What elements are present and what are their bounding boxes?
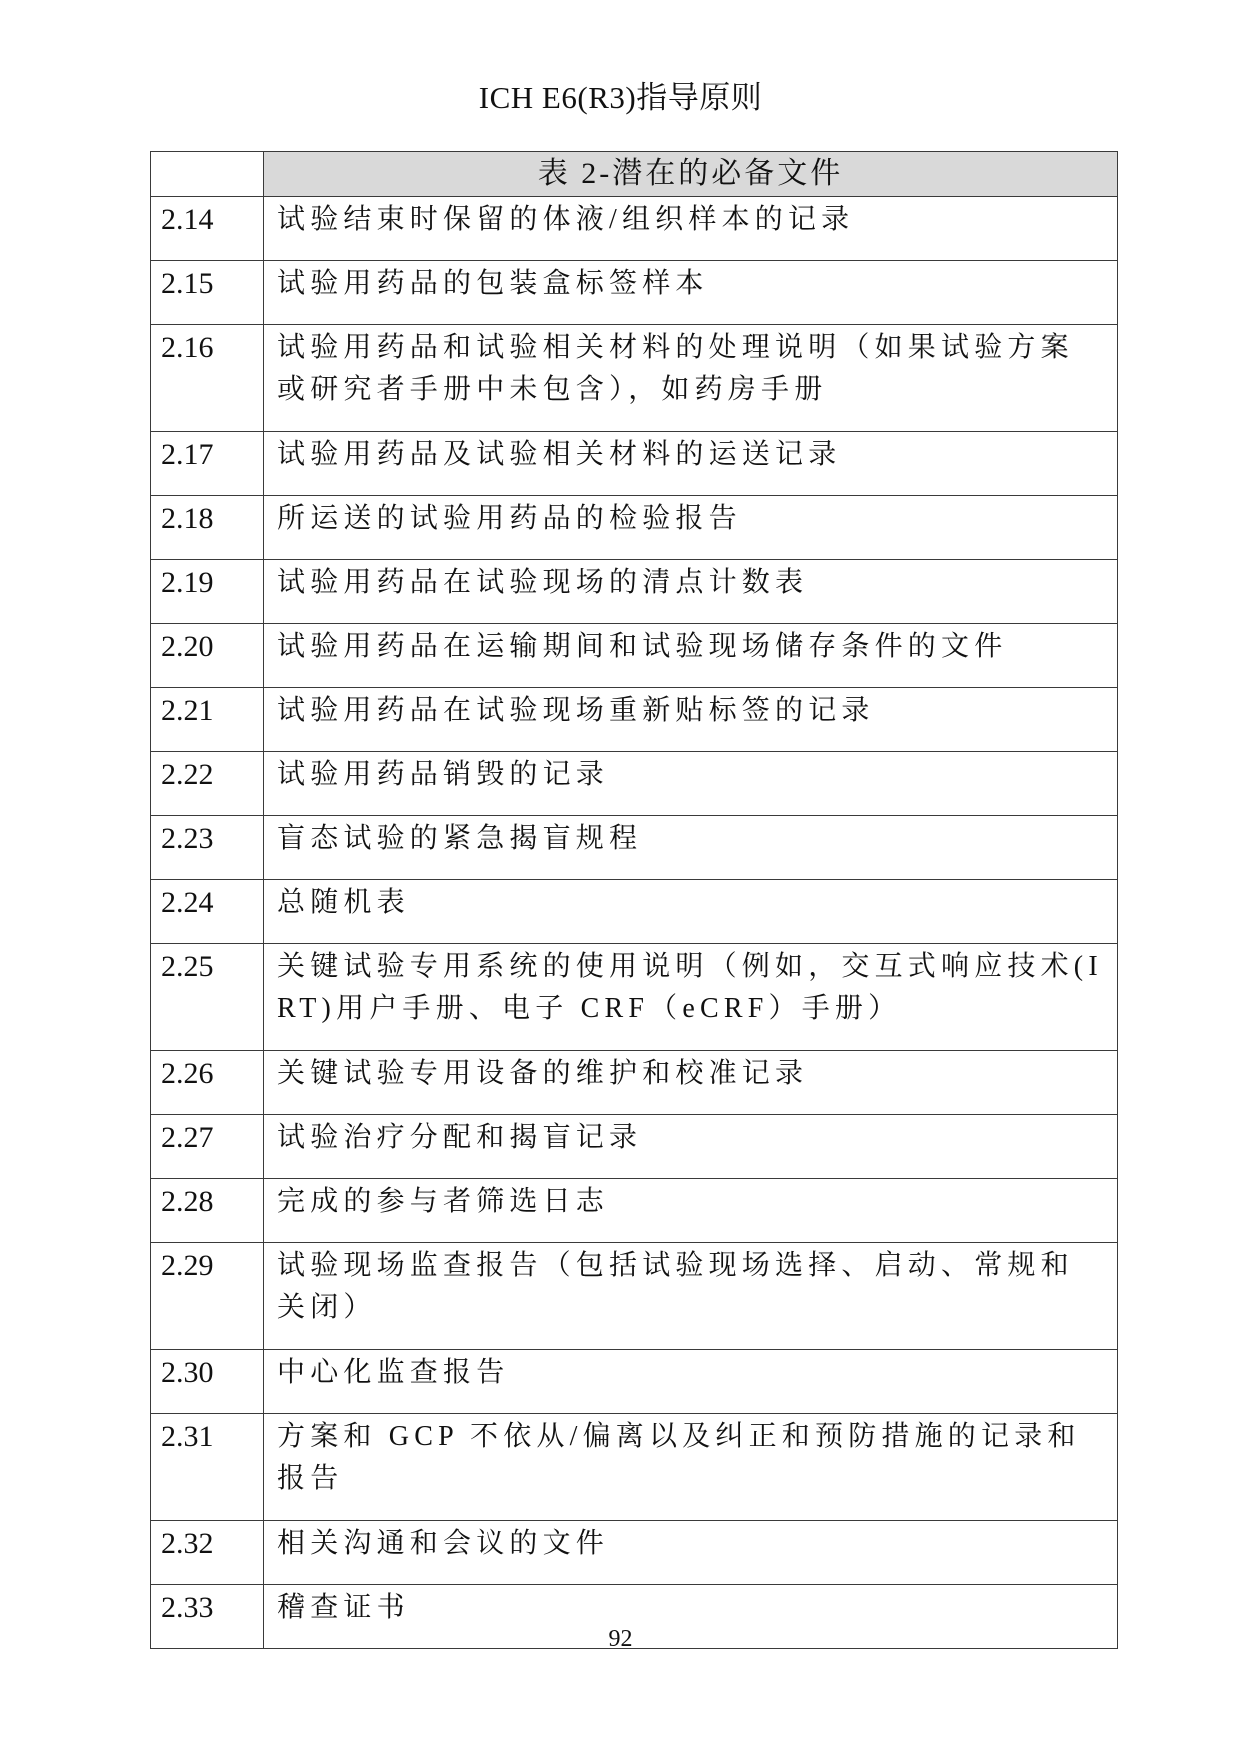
table-row: 2.25关键试验专用系统的使用说明（例如，交互式响应技术(IRT)用户手册、电子… bbox=[151, 944, 1118, 1051]
table-row: 2.26关键试验专用设备的维护和校准记录 bbox=[151, 1051, 1118, 1115]
table-row: 2.16试验用药品和试验相关材料的处理说明（如果试验方案或研究者手册中未包含），… bbox=[151, 325, 1118, 432]
table-row: 2.17试验用药品及试验相关材料的运送记录 bbox=[151, 432, 1118, 496]
row-text: 试验结束时保留的体液/组织样本的记录 bbox=[264, 197, 1118, 261]
table-row: 2.31方案和 GCP 不依从/偏离以及纠正和预防措施的记录和报告 bbox=[151, 1414, 1118, 1521]
row-text: 试验用药品及试验相关材料的运送记录 bbox=[264, 432, 1118, 496]
table-row: 2.32相关沟通和会议的文件 bbox=[151, 1521, 1118, 1585]
table-row: 2.21试验用药品在试验现场重新贴标签的记录 bbox=[151, 688, 1118, 752]
row-text: 总随机表 bbox=[264, 880, 1118, 944]
row-number: 2.14 bbox=[151, 197, 264, 261]
row-number: 2.25 bbox=[151, 944, 264, 1051]
row-text: 试验现场监查报告（包括试验现场选择、启动、常规和关闭） bbox=[264, 1243, 1118, 1350]
essential-documents-table: 表 2-潜在的必备文件 2.14试验结束时保留的体液/组织样本的记录 2.15试… bbox=[150, 151, 1118, 1649]
page-title: ICH E6(R3)指导原则 bbox=[0, 78, 1241, 118]
table-row: 2.28完成的参与者筛选日志 bbox=[151, 1179, 1118, 1243]
row-text: 中心化监查报告 bbox=[264, 1350, 1118, 1414]
row-number: 2.23 bbox=[151, 816, 264, 880]
table-row: 2.18所运送的试验用药品的检验报告 bbox=[151, 496, 1118, 560]
table-row: 2.30中心化监查报告 bbox=[151, 1350, 1118, 1414]
row-number: 2.24 bbox=[151, 880, 264, 944]
row-number: 2.15 bbox=[151, 261, 264, 325]
row-text: 方案和 GCP 不依从/偏离以及纠正和预防措施的记录和报告 bbox=[264, 1414, 1118, 1521]
row-number: 2.18 bbox=[151, 496, 264, 560]
table-row: 2.24总随机表 bbox=[151, 880, 1118, 944]
row-text: 关键试验专用设备的维护和校准记录 bbox=[264, 1051, 1118, 1115]
row-number: 2.32 bbox=[151, 1521, 264, 1585]
row-number: 2.20 bbox=[151, 624, 264, 688]
row-number: 2.31 bbox=[151, 1414, 264, 1521]
row-number: 2.28 bbox=[151, 1179, 264, 1243]
row-number: 2.30 bbox=[151, 1350, 264, 1414]
table-title-cell: 表 2-潜在的必备文件 bbox=[264, 152, 1118, 197]
row-number: 2.29 bbox=[151, 1243, 264, 1350]
header-number-cell bbox=[151, 152, 264, 197]
row-text: 试验用药品和试验相关材料的处理说明（如果试验方案或研究者手册中未包含），如药房手… bbox=[264, 325, 1118, 432]
table-header-row: 表 2-潜在的必备文件 bbox=[151, 152, 1118, 197]
row-text: 试验用药品在试验现场的清点计数表 bbox=[264, 560, 1118, 624]
table-row: 2.23盲态试验的紧急揭盲规程 bbox=[151, 816, 1118, 880]
row-number: 2.26 bbox=[151, 1051, 264, 1115]
row-number: 2.21 bbox=[151, 688, 264, 752]
table-row: 2.20试验用药品在运输期间和试验现场储存条件的文件 bbox=[151, 624, 1118, 688]
table-body: 2.14试验结束时保留的体液/组织样本的记录 2.15试验用药品的包装盒标签样本… bbox=[151, 197, 1118, 1649]
row-text: 试验用药品的包装盒标签样本 bbox=[264, 261, 1118, 325]
row-text: 试验治疗分配和揭盲记录 bbox=[264, 1115, 1118, 1179]
table-row: 2.29试验现场监查报告（包括试验现场选择、启动、常规和关闭） bbox=[151, 1243, 1118, 1350]
row-text: 关键试验专用系统的使用说明（例如，交互式响应技术(IRT)用户手册、电子 CRF… bbox=[264, 944, 1118, 1051]
row-text: 盲态试验的紧急揭盲规程 bbox=[264, 816, 1118, 880]
row-text: 所运送的试验用药品的检验报告 bbox=[264, 496, 1118, 560]
row-text: 完成的参与者筛选日志 bbox=[264, 1179, 1118, 1243]
row-number: 2.17 bbox=[151, 432, 264, 496]
table-row: 2.27试验治疗分配和揭盲记录 bbox=[151, 1115, 1118, 1179]
table-row: 2.15试验用药品的包装盒标签样本 bbox=[151, 261, 1118, 325]
row-number: 2.19 bbox=[151, 560, 264, 624]
page-number: 92 bbox=[0, 1624, 1241, 1654]
row-text: 试验用药品在运输期间和试验现场储存条件的文件 bbox=[264, 624, 1118, 688]
row-number: 2.16 bbox=[151, 325, 264, 432]
row-number: 2.27 bbox=[151, 1115, 264, 1179]
table-row: 2.22试验用药品销毁的记录 bbox=[151, 752, 1118, 816]
row-text: 相关沟通和会议的文件 bbox=[264, 1521, 1118, 1585]
row-text: 试验用药品在试验现场重新贴标签的记录 bbox=[264, 688, 1118, 752]
table-row: 2.19试验用药品在试验现场的清点计数表 bbox=[151, 560, 1118, 624]
table-row: 2.14试验结束时保留的体液/组织样本的记录 bbox=[151, 197, 1118, 261]
row-text: 试验用药品销毁的记录 bbox=[264, 752, 1118, 816]
row-number: 2.22 bbox=[151, 752, 264, 816]
